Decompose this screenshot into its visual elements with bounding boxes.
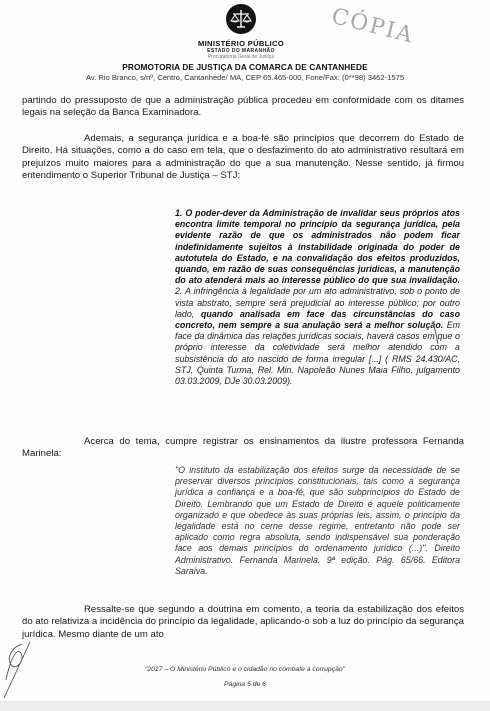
marinela-quote: "O instituto da estabilização dos efeito… xyxy=(175,465,460,577)
promotoria-title: PROMOTORIA DE JUSTIÇA DA COMARCA DE CANT… xyxy=(0,62,490,72)
org-name: MINISTÉRIO PÚBLICO xyxy=(180,39,302,48)
margin-pen-mark xyxy=(430,320,442,350)
copy-stamp: CÓPIA xyxy=(329,4,417,49)
document-page: MINISTÉRIO PÚBLICO ESTADO DO MARANHÃO Pr… xyxy=(0,0,490,701)
paragraph-3: Acerca do tema, cumpre registrar os ensi… xyxy=(22,436,464,461)
org-subtitle: Procuradoria Geral de Justiça xyxy=(180,54,302,60)
paragraph-1: partindo do pressuposto de que a adminis… xyxy=(22,95,464,120)
paragraph-4: Ressalte-se que segundo a doutrina em co… xyxy=(22,604,464,641)
stj-quote: 1. O poder-dever da Administração de inv… xyxy=(175,208,460,387)
quote-bold-2: quando analisada em face das circunstânc… xyxy=(175,309,460,330)
footer-motto: "2017 – O Ministério Público e o cidadão… xyxy=(0,666,490,673)
address-line: Av. Rio Branco, s/nº, Centro, Cantanhede… xyxy=(0,73,490,82)
paragraph-2: Ademais, a segurança jurídica e a boa-fé… xyxy=(22,133,464,183)
page-number: Página 5 de 6 xyxy=(0,681,490,688)
scales-of-justice-icon xyxy=(226,4,256,34)
quote-bold-1: 1. O poder-dever da Administração de inv… xyxy=(175,208,460,285)
